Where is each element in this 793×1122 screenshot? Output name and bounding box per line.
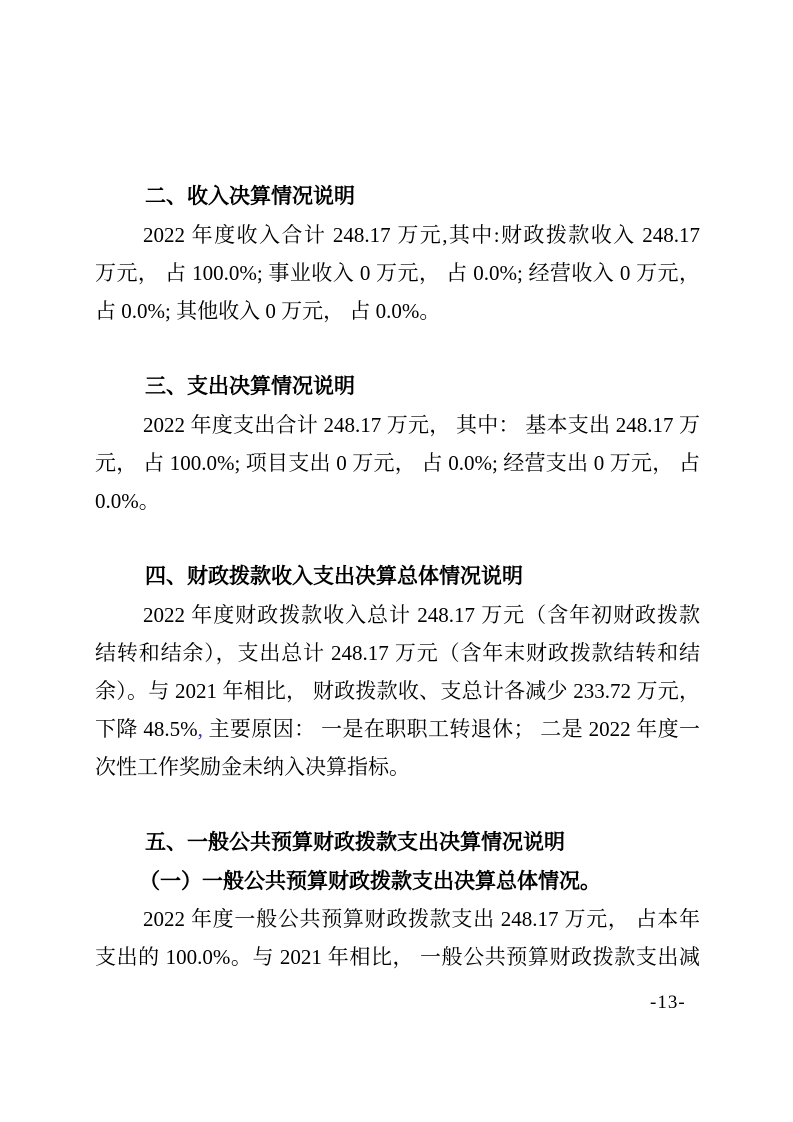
paragraph-line: 万元， 占 100.0%; 事业收入 0 万元， 占 0.0%; 经营收入 0 … (95, 254, 700, 292)
subsection-heading-overall-situation: （一）一般公共预算财政拨款支出决算总体情况。 (95, 862, 700, 900)
paragraph-line: 2022 年度收入合计 248.17 万元,其中:财政拨款收入 248.17 (95, 216, 700, 254)
section-heading-expenditure: 三、支出决算情况说明 (95, 368, 700, 406)
text-run: 下降 48.5% (95, 717, 198, 741)
paragraph-line: 结转和结余），支出总计 248.17 万元（含年末财政拨款结转和结 (95, 634, 700, 672)
section-heading-fiscal-overall: 四、财政拨款收入支出决算总体情况说明 (95, 558, 700, 596)
paragraph-line: 2022 年度财政拨款收入总计 248.17 万元（含年初财政拨款 (95, 596, 700, 634)
paragraph-line: 0.0%。 (95, 482, 700, 520)
document-content: 二、收入决算情况说明 2022 年度收入合计 248.17 万元,其中:财政拨款… (95, 178, 700, 976)
section-general-budget: 五、一般公共预算财政拨款支出决算情况说明 （一）一般公共预算财政拨款支出决算总体… (95, 824, 700, 976)
page-number: -13- (650, 992, 686, 1014)
paragraph-line: 次性工作奖励金未纳入决算指标。 (95, 748, 700, 786)
paragraph-line: 占 0.0%; 其他收入 0 万元， 占 0.0%。 (95, 292, 700, 330)
paragraph-line: 下降 48.5%, 主要原因： 一是在职职工转退休； 二是 2022 年度一 (95, 710, 700, 748)
paragraph-line: 元， 占 100.0%; 项目支出 0 万元， 占 0.0%; 经营支出 0 万… (95, 444, 700, 482)
text-run: 主要原因： 一是在职职工转退休； 二是 2022 年度一 (203, 717, 700, 741)
section-fiscal-overall: 四、财政拨款收入支出决算总体情况说明 2022 年度财政拨款收入总计 248.1… (95, 558, 700, 786)
paragraph-line: 2022 年度一般公共预算财政拨款支出 248.17 万元， 占本年 (95, 900, 700, 938)
section-expenditure: 三、支出决算情况说明 2022 年度支出合计 248.17 万元， 其中： 基本… (95, 368, 700, 520)
section-heading-general-budget: 五、一般公共预算财政拨款支出决算情况说明 (95, 824, 700, 862)
section-heading-income: 二、收入决算情况说明 (95, 178, 700, 216)
paragraph-line: 2022 年度支出合计 248.17 万元， 其中： 基本支出 248.17 万 (95, 406, 700, 444)
paragraph-line: 余）。与 2021 年相比， 财政拨款收、支总计各减少 233.72 万元， (95, 672, 700, 710)
section-income: 二、收入决算情况说明 2022 年度收入合计 248.17 万元,其中:财政拨款… (95, 178, 700, 330)
document-page: 二、收入决算情况说明 2022 年度收入合计 248.17 万元,其中:财政拨款… (0, 0, 793, 1122)
paragraph-line: 支出的 100.0%。与 2021 年相比， 一般公共预算财政拨款支出减 (95, 938, 700, 976)
